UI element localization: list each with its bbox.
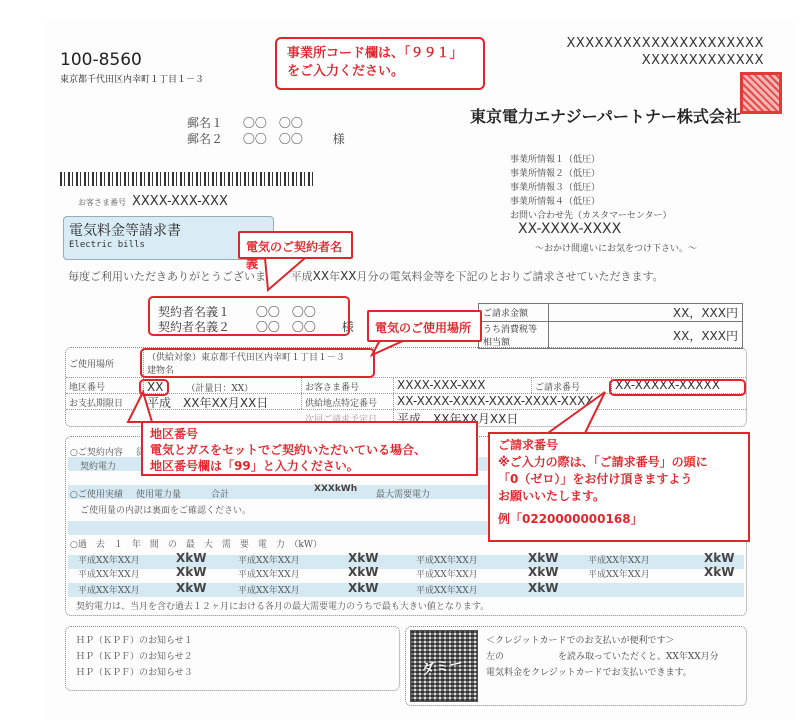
history-date: 平成XX年XX月 xyxy=(416,583,478,596)
seal-icon xyxy=(740,72,782,114)
area-code-callout-line-1: 電気とガスをセットでご契約いただいている場合、 xyxy=(150,442,469,458)
due-date-row: お支払期限日 平成 XX年XX月XX日 供給地点特定番号 XX-XXXX-XXX… xyxy=(66,394,746,410)
history-value: XkW xyxy=(176,551,206,565)
customer-no-value: XXXX-XXX-XXX xyxy=(394,378,532,393)
history-note: 契約電力は、当月を含む過去１２ヶ月における各月の最大需要電力のうちで最も大きい値… xyxy=(76,599,489,612)
billing-no-callout-line-1: ※ご入力の際は、「ご請求番号」の頭に xyxy=(498,454,740,471)
amount-row: ご請求金額XX，XXX円 xyxy=(479,304,743,322)
contract-holder-highlight xyxy=(148,296,350,336)
due-date-value: 平成 XX年XX月XX日 xyxy=(144,394,302,409)
notice-2: ＨＰ（ＫＰＦ）のお知らせ２ xyxy=(76,649,389,665)
notices-box: ＨＰ（ＫＰＦ）のお知らせ１ ＨＰ（ＫＰＦ）のお知らせ２ ＨＰ（ＫＰＦ）のお知らせ… xyxy=(65,626,400,691)
history-date: 平成XX年XX月 xyxy=(588,567,650,580)
thanks-month: XX xyxy=(340,269,356,283)
thanks-post: 月分の電気料金等を下記のとおりご請求させていただきます。 xyxy=(357,270,664,283)
history-value: XkW xyxy=(176,565,206,579)
office-info-3: 事業所情報３（低圧） xyxy=(510,180,600,193)
due-date-label: お支払期限日 xyxy=(66,394,144,409)
credit-card-line-2: 電気料金をクレジットカードでお支払いできます。 xyxy=(486,665,692,678)
contract-holder-callout: 電気のご契約者名義 xyxy=(238,231,353,259)
recipient-label-2: 郵名２ xyxy=(187,132,223,146)
history-value: XkW xyxy=(348,551,378,565)
history-value: XkW xyxy=(528,551,558,565)
history-value: XkW xyxy=(704,565,734,579)
supply-point-label: 供給地点特定番号 xyxy=(302,394,394,409)
office-info-1: 事業所情報１（低圧） xyxy=(510,152,600,165)
usage-note: ご使用量の内訳は裏面をご確認ください。 xyxy=(80,503,251,516)
amount-value: XX，XXX円 xyxy=(549,322,743,349)
customer-number-label: お客さま番号 xyxy=(78,198,126,207)
billing-no-highlight xyxy=(609,379,746,396)
billing-no-label: ご請求番号 xyxy=(532,378,612,393)
recipient-label-1: 郵名１ xyxy=(187,116,223,130)
usage-place-callout: 電気のご使用場所 xyxy=(367,310,482,342)
amount-row: うち消費税等相当額XX，XXX円 xyxy=(479,322,743,349)
company-name: 東京電力エナジーパートナー株式会社 xyxy=(470,104,741,127)
billing-no-callout-line-3: お願いいたします。 xyxy=(498,488,740,505)
credit-card-box: ダミー ＜クレジットカードでのお支払いが便利です＞ 左の を読み取っていただくと… xyxy=(405,626,747,706)
office-info-2: 事業所情報２（低圧） xyxy=(510,166,600,179)
billing-no-callout-title: ご請求番号 xyxy=(498,437,740,454)
area-code-highlight xyxy=(139,379,169,396)
code-line-2: XXXXXXXXXXXXX xyxy=(642,53,764,68)
history-value: XkW xyxy=(176,581,206,595)
history-date: 平成XX年XX月 xyxy=(238,567,300,580)
usage-label: ○ご使用実績 xyxy=(70,487,123,500)
code-line-1: XXXXXXXXXXXXXXXXXXXXX xyxy=(566,36,764,51)
history-date: 平成XX年XX月 xyxy=(78,553,140,566)
billing-no-callout: ご請求番号 ※ご入力の際は、「ご請求番号」の頭に 「0（ゼロ）」をお付け頂きます… xyxy=(488,432,750,542)
history-value: XkW xyxy=(348,581,378,595)
amount-value: XX，XXX円 xyxy=(549,304,743,322)
office-code-callout-line-1: 事業所コード欄は、「９９１」 xyxy=(287,45,473,63)
recipient-values-1: 〇〇 〇〇 xyxy=(243,114,303,131)
postal-code: 100-8560 xyxy=(60,50,142,70)
postal-barcode xyxy=(60,172,315,186)
office-code-callout: 事業所コード欄は、「９９１」 をご入力ください。 xyxy=(275,37,485,90)
thanks-line: 毎度ご利用いただきありがとうございます。 平成XX年XX月分の電気料金等を下記の… xyxy=(68,268,664,284)
amount-label: うち消費税等相当額 xyxy=(479,322,549,349)
recipient-honorific: 様 xyxy=(333,130,345,147)
customer-number-value: XXXX-XXX-XXX xyxy=(132,194,228,209)
contact-note: ～おかけ間違いにお気をつけ下さい。～ xyxy=(535,241,697,254)
area-code-callout-line-2: 地区番号欄は「99」と入力ください。 xyxy=(150,458,469,474)
meter-day: （計量日：XX） xyxy=(186,384,253,393)
history-value: XkW xyxy=(528,565,558,579)
contact-label: お問い合わせ先（カスタマーセンター） xyxy=(510,208,671,221)
thanks-mid: 年 xyxy=(329,270,340,283)
area-code-callout: 地区番号 電気とガスをセットでご契約いただいている場合、 地区番号欄は「99」と… xyxy=(141,421,478,476)
history-value: XkW xyxy=(348,565,378,579)
office-code-callout-line-2: をご入力ください。 xyxy=(287,63,473,81)
sender-address: 東京都千代田区内幸町１丁目１－３ xyxy=(60,72,204,85)
recipient-line-1: 郵名１ 〇〇 〇〇 xyxy=(187,114,303,131)
contract-label: ○ご契約内容 xyxy=(70,445,123,458)
recipient-line-2: 郵名２ 〇〇 〇〇 様 xyxy=(187,130,345,147)
total-label: 合計 xyxy=(211,487,229,500)
amount-label: ご請求金額 xyxy=(479,304,549,322)
notice-1: ＨＰ（ＫＰＦ）のお知らせ１ xyxy=(76,633,389,649)
qr-code-icon[interactable]: ダミー xyxy=(410,630,478,702)
supply-point-value: XX-XXXX-XXXX-XXXX-XXXX-XXXX xyxy=(394,394,748,409)
customer-no-label: お客さま番号 xyxy=(302,378,394,393)
band xyxy=(68,583,744,597)
usage-amount-label: 使用電力量 xyxy=(136,487,181,500)
history-title: ○過 去 １ 年 間 の 最 大 需 要 電 力 （kW） xyxy=(70,537,322,550)
usage-place-label: ご使用場所 xyxy=(66,348,144,377)
history-date: 平成XX年XX月 xyxy=(78,567,140,580)
credit-card-line-1: 左の を読み取っていただくと、XX年XX月分 xyxy=(486,649,719,662)
office-info-4: 事業所情報４（低圧） xyxy=(510,194,600,207)
billing-no-callout-line-2: 「0（ゼロ）」をお付け頂きますよう xyxy=(498,471,740,488)
history-value: XkW xyxy=(528,581,558,595)
history-date: 平成XX年XX月 xyxy=(238,553,300,566)
recipient-values-2: 〇〇 〇〇 xyxy=(243,130,303,147)
history-value: XkW xyxy=(704,551,734,565)
power-label: 契約電力 xyxy=(80,459,116,472)
thanks-pre: 毎度ご利用いただきありがとうございます。 平成 xyxy=(68,270,313,283)
history-date: 平成XX年XX月 xyxy=(78,583,140,596)
history-date: 平成XX年XX月 xyxy=(416,567,478,580)
usage-place-highlight xyxy=(140,348,375,378)
billing-no-callout-example: 例「0220000000168」 xyxy=(498,511,740,528)
total-value: XXXkWh xyxy=(314,484,357,494)
history-date: 平成XX年XX月 xyxy=(238,583,300,596)
history-date: 平成XX年XX月 xyxy=(588,553,650,566)
credit-card-title: ＜クレジットカードでのお支払いが便利です＞ xyxy=(486,633,675,646)
qr-label: ダミー xyxy=(420,653,465,680)
customer-number: お客さま番号XXXX-XXX-XXX xyxy=(78,194,228,209)
contact-phone: XX-XXXX-XXXX xyxy=(518,221,621,237)
thanks-year: XX xyxy=(313,269,329,283)
amount-table: ご請求金額XX，XXX円 うち消費税等相当額XX，XXX円 xyxy=(478,303,743,349)
area-code-callout-title: 地区番号 xyxy=(150,426,469,442)
history-date: 平成XX年XX月 xyxy=(416,553,478,566)
area-code-label: 地区番号 xyxy=(66,378,144,393)
notice-3: ＨＰ（ＫＰＦ）のお知らせ３ xyxy=(76,665,389,681)
max-demand-label: 最大需要電力 xyxy=(376,487,430,500)
